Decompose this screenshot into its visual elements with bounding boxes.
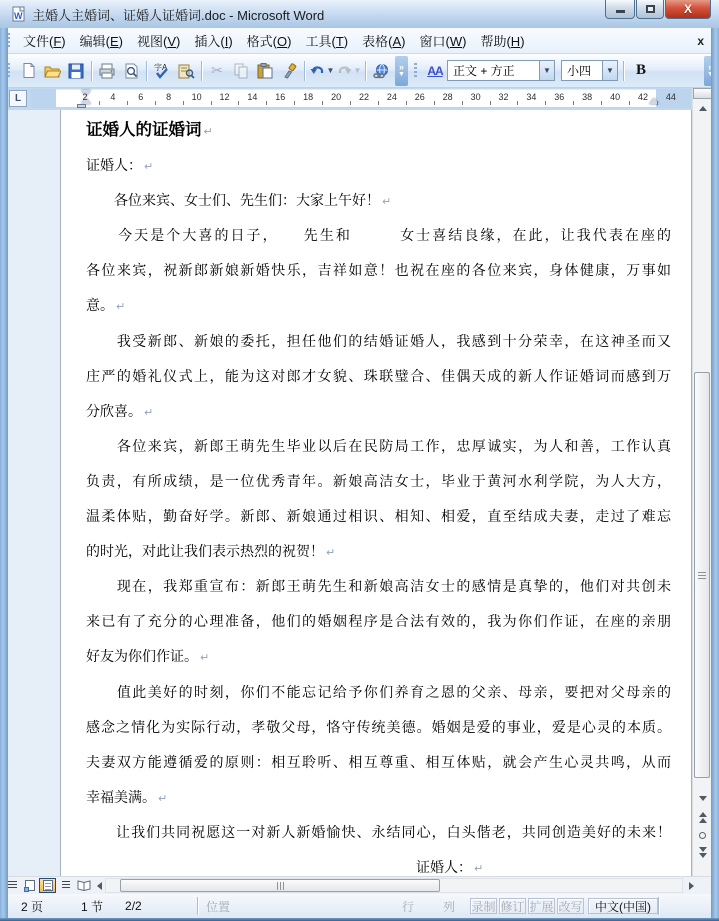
style-combo[interactable]: 正文 + 方正 ▼	[447, 60, 555, 81]
font-size-combo-arrow[interactable]: ▼	[602, 61, 617, 80]
ruler-tick	[657, 101, 658, 105]
print-preview-button[interactable]	[119, 59, 143, 83]
ruler-tick	[490, 101, 491, 105]
research-button[interactable]	[174, 59, 198, 83]
copy-icon	[233, 63, 249, 79]
ruler-tick	[517, 101, 518, 105]
double-down-icon	[699, 853, 707, 858]
ruler-tick	[266, 101, 267, 105]
ruler-row: L 24681012141618202224262830323436384042…	[1, 88, 718, 110]
document-text-line: 证婚人：↵	[86, 148, 671, 183]
paragraph-mark-icon: ↵	[158, 793, 167, 805]
status-language[interactable]: 中文(中国)	[588, 898, 658, 914]
horizontal-ruler[interactable]: 2468101214161820222426283032343638404244	[31, 89, 691, 108]
document-text-line: 现在，我郑重宣布：新郎王萌先生和新娘高洁女士的感情是真挚的，他们对共创未	[86, 569, 671, 604]
new-document-icon	[20, 62, 37, 79]
redo-dropdown-arrow[interactable]: ▼	[353, 66, 362, 75]
ruler-tick	[127, 101, 128, 105]
paragraph-mark-icon: ↵	[326, 547, 335, 559]
document-text-line: 分欣喜。↵	[86, 394, 671, 429]
web-layout-view-button[interactable]	[21, 878, 38, 893]
document-page[interactable]: 证婚人的证婚词↵证婚人：↵ 各位来宾、女士们、先生们：大家上午好！↵ 今天是个大…	[60, 110, 692, 876]
ruler-number: 44	[666, 92, 676, 102]
document-text-line: 感念之情化为实际行动，孝敬父母，恪守传统美德。婚姻是爱的事业，爱是心灵的本质。	[86, 710, 671, 745]
status-toggle-2[interactable]: 扩展	[528, 898, 555, 914]
ruler-number: 10	[192, 92, 202, 102]
ruler-number: 28	[443, 92, 453, 102]
paste-icon	[257, 63, 273, 79]
document-text-line: 夫妻双方能遵循爱的原则：相互聆听、相互尊重、相互体贴，就会产生心灵共鸣，从而	[86, 745, 671, 780]
new-document-button[interactable]	[16, 59, 40, 83]
ruler-number: 4	[110, 92, 115, 102]
menu-item-o[interactable]: 格式(O)	[240, 28, 299, 53]
print-button[interactable]	[95, 59, 119, 83]
document-text-line: 温柔体贴，勤奋好学。新郎、新娘通过相识、相知、相爱，直至结成夫妻，走过了难忘	[86, 499, 671, 534]
document-text-line: 庄严的婚礼仪式上，能为这对郎才女貌、珠联璧合、佳偶天成的新人作证婚词而感到万	[86, 359, 671, 394]
paragraph-mark-icon: ↵	[474, 863, 483, 875]
status-column-label: 列	[443, 898, 455, 915]
ruler-tick	[155, 101, 156, 105]
horizontal-scrollbar-row	[1, 876, 711, 894]
document-text-line: 各位来宾、女士们、先生们：大家上午好！↵	[86, 183, 671, 218]
document-content: 证婚人的证婚词↵证婚人：↵ 各位来宾、女士们、先生们：大家上午好！↵ 今天是个大…	[86, 113, 671, 876]
document-text-line: 的时光，对此让我们表示热烈的祝贺！↵	[86, 534, 671, 569]
formatting-toolbar-drag-handle[interactable]	[414, 63, 417, 79]
menu-item-h[interactable]: 帮助(H)	[473, 28, 531, 53]
menu-item-v[interactable]: 视图(V)	[130, 28, 187, 53]
ruler-number: 2	[82, 92, 87, 102]
ruler-number: 40	[610, 92, 620, 102]
spelling-grammar-button[interactable]: 字A	[150, 59, 174, 83]
menu-item-i[interactable]: 插入(I)	[187, 28, 239, 53]
ruler-number: 36	[554, 92, 564, 102]
ruler-number: 6	[138, 92, 143, 102]
restore-button[interactable]	[636, 0, 664, 19]
ruler-number: 14	[247, 92, 257, 102]
ruler-number: 18	[303, 92, 313, 102]
ruler-number: 42	[638, 92, 648, 102]
bold-icon: B	[636, 62, 646, 79]
toolbar-options-button[interactable]: »▼	[395, 56, 408, 86]
insert-hyperlink-button[interactable]	[369, 59, 393, 83]
document-text-line: 让我们共同祝愿这一对新人新婚愉快、永结同心，白头偕老，共同创造美好的未来！	[86, 815, 671, 850]
double-down-icon	[699, 847, 707, 852]
vertical-scrollbar[interactable]	[692, 88, 711, 876]
menu-item-e[interactable]: 编辑(E)	[73, 28, 130, 53]
toolbar-separator	[623, 61, 624, 81]
status-toggle-0[interactable]: 录制	[470, 898, 497, 914]
up-arrow-icon	[699, 106, 707, 111]
print-layout-icon	[43, 880, 53, 891]
document-text-line: 证婚人：↵	[86, 850, 671, 876]
ruler-tick	[211, 101, 212, 105]
double-up-icon	[699, 812, 707, 817]
styles-and-formatting-button[interactable]: AA	[423, 59, 447, 83]
format-painter-icon	[282, 63, 297, 79]
status-bar: 2 页 1 节 2/2 位置 行 列 录制修订扩展改写 中文(中国)	[1, 894, 718, 918]
thumb-grip-icon	[698, 572, 706, 579]
window-border-left	[0, 28, 8, 921]
status-line-label: 行	[402, 898, 414, 915]
outline-view-icon	[62, 881, 70, 890]
menu-item-t[interactable]: 工具(T)	[298, 28, 355, 53]
ruler-tick	[601, 101, 602, 105]
style-combo-value: 正文 + 方正	[448, 62, 539, 79]
toolbar-row: 字A ✂ ▼ ▼ »▼	[1, 54, 718, 88]
restore-icon	[646, 5, 655, 13]
ruler-number: 24	[387, 92, 397, 102]
document-text-line: 我受新郎、新娘的委托，担任他们的结婚证婚人，我感到十分荣幸，在这神圣而又	[86, 324, 671, 359]
document-text-line: 好友为你们作证。↵	[86, 639, 671, 674]
language-label: 中文(中国)	[595, 898, 651, 915]
ruler-tick	[434, 101, 435, 105]
close-button[interactable]: X	[665, 0, 711, 19]
status-toggle-1[interactable]: 修订	[499, 898, 526, 914]
paste-button[interactable]	[253, 59, 277, 83]
ruler-number: 32	[498, 92, 508, 102]
close-document-button[interactable]: x	[693, 34, 708, 48]
ruler-tick	[294, 101, 295, 105]
toolbar-options-icon: »	[399, 63, 404, 71]
toolbar-separator	[201, 61, 202, 81]
print-preview-icon	[123, 63, 140, 79]
paragraph-mark-icon: ↵	[382, 196, 391, 208]
down-arrow-icon	[699, 796, 707, 801]
font-size-value: 小四	[562, 62, 602, 79]
horizontal-scroll-thumb[interactable]	[120, 879, 440, 892]
ruler-number: 34	[526, 92, 536, 102]
document-text-line: 值此美好的时刻，你们不能忘记给予你们养育之恩的父亲、母亲，要把对父母亲的	[86, 675, 671, 710]
document-text-line: 各位来宾，新郎王萌先生毕业以后在民防局工作，忠厚诚实，为人和善，工作认真	[86, 429, 671, 464]
ruler-number: 22	[359, 92, 369, 102]
menu-item-a[interactable]: 表格(A)	[355, 28, 412, 53]
ruler-number: 38	[582, 92, 592, 102]
menu-bar: 文件(F)编辑(E)视图(V)插入(I)格式(O)工具(T)表格(A)窗口(W)…	[1, 28, 718, 54]
reading-layout-view-button[interactable]	[75, 878, 92, 893]
document-text-line: 幸福美满。↵	[86, 780, 671, 815]
toolbar-separator	[365, 61, 366, 81]
right-arrow-icon	[689, 882, 694, 890]
document-heading: 证婚人的证婚词↵	[86, 113, 671, 148]
ruler-number: 30	[471, 92, 481, 102]
document-text-line: 负责，有所成绩，是一位优秀青年。新娘高洁女士，毕业于黄河水利学院，为人大方，	[86, 464, 671, 499]
style-combo-arrow[interactable]: ▼	[539, 61, 554, 80]
paragraph-mark-icon: ↵	[204, 126, 213, 138]
ruler-tick	[350, 101, 351, 105]
minimize-icon	[616, 10, 625, 13]
title-bar: W 主婚人主婚词、证婚人证婚词.doc - Microsoft Word X	[0, 0, 719, 28]
undo-dropdown-arrow[interactable]: ▼	[326, 66, 335, 75]
select-browse-object-button[interactable]	[693, 828, 712, 843]
status-toggle-3[interactable]: 改写	[557, 898, 584, 914]
undo-button[interactable]	[308, 59, 326, 83]
hyperlink-icon	[373, 63, 390, 79]
split-handle[interactable]	[693, 88, 712, 99]
double-up-icon	[699, 818, 707, 823]
vertical-scroll-thumb[interactable]	[694, 372, 710, 778]
paragraph-mark-icon: ↵	[116, 301, 125, 313]
redo-button[interactable]	[335, 59, 353, 83]
status-position-label: 位置	[206, 898, 230, 915]
word-window: W 主婚人主婚词、证婚人证婚词.doc - Microsoft Word X 文…	[0, 0, 719, 921]
ruler-number: 20	[331, 92, 341, 102]
toolbar-separator	[91, 61, 92, 81]
copy-button[interactable]	[229, 59, 253, 83]
browse-circle-icon	[699, 832, 706, 839]
paragraph-mark-icon: ↵	[200, 652, 209, 664]
styles-icon: AA	[427, 64, 442, 78]
ruler-tick	[462, 101, 463, 105]
document-text-line: 来已有了充分的心理准备，他们的婚姻程序是合法有效的，我为你们作证，在座的亲朋	[86, 604, 671, 639]
window-title: 主婚人主婚词、证婚人证婚词.doc - Microsoft Word	[32, 5, 324, 24]
menu-item-f[interactable]: 文件(F)	[16, 28, 73, 53]
ruler-tick	[545, 101, 546, 105]
ruler-tick	[99, 101, 100, 105]
spelling-grammar-icon: 字A	[153, 62, 171, 79]
previous-page-button[interactable]	[693, 810, 712, 825]
window-border-right	[711, 28, 719, 921]
paragraph-mark-icon: ↵	[144, 161, 153, 173]
tab-stop-selector[interactable]: L	[9, 90, 27, 107]
bold-button[interactable]: B	[629, 59, 653, 83]
web-layout-icon	[25, 880, 35, 891]
ruler-number: 12	[219, 92, 229, 102]
scroll-left-button[interactable]	[93, 878, 105, 893]
word-document-icon: W	[10, 6, 26, 22]
close-icon: X	[684, 3, 692, 15]
thumb-grip-icon	[277, 882, 284, 890]
paragraph-mark-icon: ↵	[144, 407, 153, 419]
open-icon	[43, 63, 61, 79]
research-icon	[177, 63, 195, 79]
outline-view-button[interactable]	[57, 878, 74, 893]
open-button[interactable]	[40, 59, 64, 83]
left-indent-marker[interactable]	[77, 104, 86, 108]
toolbar-separator	[304, 61, 305, 81]
document-text-line: 各位来宾，祝新郎新娘新婚快乐，吉祥如意！也祝在座的各位来宾，身体健康，万事如	[86, 253, 671, 288]
cut-button[interactable]: ✂	[205, 59, 229, 83]
svg-text:W: W	[14, 11, 23, 21]
save-button[interactable]	[64, 59, 88, 83]
ruler-number: 8	[166, 92, 171, 102]
ruler-text-area	[56, 89, 656, 108]
save-icon	[68, 63, 84, 79]
menu-item-w[interactable]: 窗口(W)	[412, 28, 473, 53]
cut-icon: ✂	[211, 62, 223, 79]
document-text-line: 意。↵	[86, 288, 671, 323]
status-page-of-total: 2/2	[125, 899, 142, 913]
next-page-button[interactable]	[693, 845, 712, 860]
left-arrow-icon	[97, 882, 102, 890]
ruler-number: 16	[275, 92, 285, 102]
ruler-tick	[322, 101, 323, 105]
ruler-tick	[378, 101, 379, 105]
reading-layout-icon	[77, 880, 91, 891]
document-area: 证婚人的证婚词↵证婚人：↵ 各位来宾、女士们、先生们：大家上午好！↵ 今天是个大…	[1, 110, 692, 876]
ruler-tick	[629, 101, 630, 105]
ruler-number: 26	[415, 92, 425, 102]
scroll-down-button[interactable]	[693, 790, 712, 806]
minimize-button[interactable]	[605, 0, 635, 19]
format-painter-button[interactable]	[277, 59, 301, 83]
horizontal-scroll-track[interactable]	[105, 878, 683, 893]
document-text-line: 今天是个大喜的日子， 先生和 女士喜结良缘，在此，让我代表在座的	[86, 218, 671, 253]
ruler-tick	[183, 101, 184, 105]
font-size-combo[interactable]: 小四 ▼	[561, 60, 618, 81]
print-icon	[98, 63, 116, 79]
ruler-tick	[238, 101, 239, 105]
redo-icon	[336, 63, 353, 78]
ruler-tick	[573, 101, 574, 105]
scroll-up-button[interactable]	[693, 100, 712, 116]
scroll-right-button[interactable]	[685, 878, 697, 893]
status-section: 1 节	[81, 898, 103, 915]
status-page-count: 2 页	[21, 898, 43, 915]
ruler-tick	[406, 101, 407, 105]
toolbar-separator	[146, 61, 147, 81]
undo-icon	[309, 63, 326, 78]
print-layout-view-button[interactable]	[39, 878, 56, 893]
